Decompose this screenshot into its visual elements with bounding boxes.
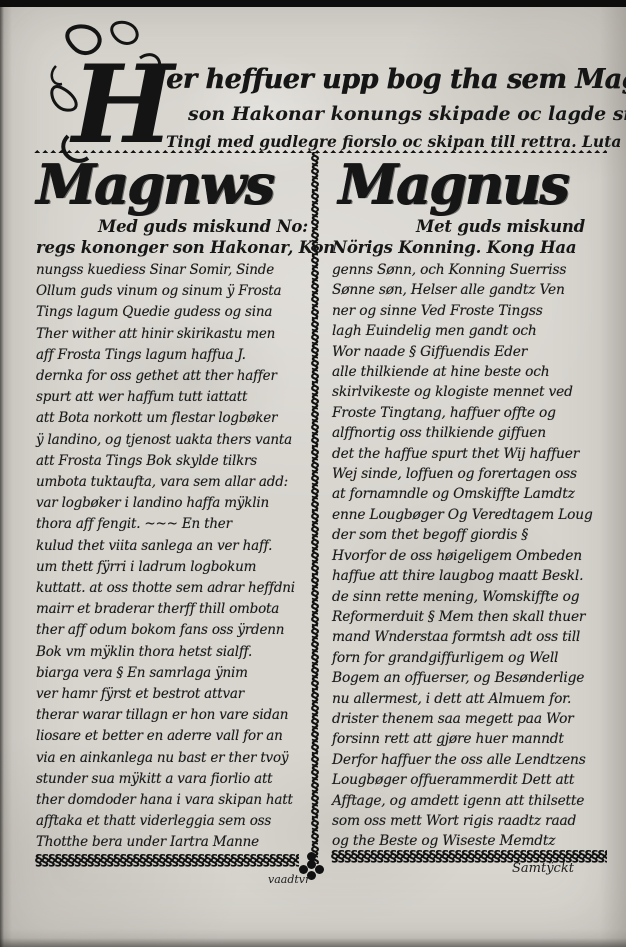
manuscript-text-line: Ther wither att hinir skirikastu men — [36, 324, 302, 345]
catchword-left: vaadtvr — [268, 873, 310, 886]
manuscript-text-line: via en ainkanlega nu bast er ther tvoÿ — [36, 748, 302, 769]
manuscript-text-line: spurt att wer haffum tutt iattatt — [36, 387, 302, 408]
left-column-body: nungss kuediess Sinar Somir, SindeOllum … — [36, 260, 302, 854]
manuscript-text-line: drister thenem saa megett paa Wor — [332, 709, 608, 729]
photo-edge-top — [0, 0, 626, 7]
manuscript-text-line: liosare et better en aderre vall for an — [36, 726, 302, 747]
manuscript-text-line: Wej sinde, loffuen og forertagen oss — [332, 464, 608, 484]
manuscript-text-line: um thett fÿrri i ladrum logbokum — [36, 557, 302, 578]
left-column-heading: Magnws — [36, 152, 302, 216]
manuscript-text-line: kulud thet viita sanlega an ver haff. — [36, 536, 302, 557]
anno-label: Anno — [621, 132, 626, 151]
manuscript-text-line: der som thet begoff giordis § — [332, 525, 608, 545]
header-title-line1: er heffuer upp bog tha sem Magnus konong… — [166, 60, 612, 100]
manuscript-text-line: aff Frosta Tings lagum haffua J. — [36, 345, 302, 366]
photo-edge-left — [0, 7, 4, 947]
manuscript-text-line: enne Lougbøger Og Veredtagem Loug — [332, 505, 608, 525]
manuscript-text-line: de sinn rette mening, Womskiffte og — [332, 587, 608, 607]
manuscript-text-line: alle thilkiende at hine beste och — [332, 362, 608, 382]
manuscript-text-line: skirlvikeste og klogiste mennet ved — [332, 382, 608, 402]
manuscript-text-line: Ollum guds vinum og sinum ÿ Frosta — [36, 281, 302, 302]
manuscript-text-line: mand Wnderstaa formtsh adt oss till — [332, 627, 608, 647]
manuscript-text-line: Froste Tingtang, haffuer offte og — [332, 403, 608, 423]
right-column-body: genns Sønn, och Konning SuerrissSønne sø… — [332, 260, 608, 852]
manuscript-text-line: Sønne søn, Helser alle gandtz Ven — [332, 280, 608, 300]
lead-line: Met guds miskund — [332, 216, 608, 237]
right-column: Magnus Met guds miskund Nörigs Konning. … — [332, 152, 608, 852]
manuscript-text-line: var logbøker i landino haffa mÿklin — [36, 493, 302, 514]
left-column: Magnws Med guds miskund No: regs kononge… — [36, 152, 302, 854]
lead-line: Med guds miskund No: — [36, 216, 302, 237]
manuscript-text-line: Bogem an offuerser, og Besønderlige — [332, 668, 608, 688]
left-column-lead: Med guds miskund No: regs kononger son H… — [36, 216, 302, 258]
quatrefoil-ornament — [307, 860, 316, 869]
manuscript-text-line: Bok vm mÿklin thora hetst sialff. — [36, 642, 302, 663]
catchword-right: Samtÿckt — [512, 861, 574, 876]
manuscript-text-line: thora aff fengit. ~~~ En ther — [36, 514, 302, 535]
manuscript-text-line: therar warar tillagn er hon vare sidan — [36, 705, 302, 726]
header-title-block: er heffuer upp bog tha sem Magnus konong… — [166, 60, 612, 154]
lead-line: Nörigs Konning. Kong Haa — [332, 237, 608, 258]
manuscript-text-line: som oss mett Wort rigis raadtz raad — [332, 811, 608, 831]
manuscript-text-line: ther aff odum bokom fans oss ÿrdenn — [36, 620, 302, 641]
manuscript-text-line: Hvorfor de oss høigeligem Ombeden — [332, 546, 608, 566]
manuscript-text-line: lagh Euindelig men gandt och — [332, 321, 608, 341]
right-column-lead: Met guds miskund Nörigs Konning. Kong Ha… — [332, 216, 608, 258]
manuscript-text-line: og the Beste og Wiseste Memdtz — [332, 831, 608, 851]
manuscript-text-line: stunder sua mÿkitt a vara fiorlio att — [36, 769, 302, 790]
manuscript-text-line: ther domdoder hana i vara skipan hatt — [36, 790, 302, 811]
manuscript-text-line: ver hamr fÿrst et bestrot attvar — [36, 684, 302, 705]
header-title-line2: son Hakonar konungs skipade oc lagde sid… — [166, 100, 612, 129]
rope-border-bottom-left: §§§§§§§§§§§§§§§§§§§§§§§§§§§§§§§§§§§§§§§§… — [35, 853, 299, 869]
manuscript-text-line: Lougbøger offuerammerdit Dett att — [332, 770, 608, 790]
manuscript-text-line: kuttatt. at oss thotte sem adrar heffdni — [36, 578, 302, 599]
manuscript-text-line: ner og sinne Ved Froste Tingss — [332, 301, 608, 321]
manuscript-text-line: at fornamndle og Omskiffte Lamdtz — [332, 484, 608, 504]
manuscript-text-line: Wor naade § Giffuendis Eder — [332, 342, 608, 362]
lead-line: regs kononger son Hakonar, Kon — [36, 237, 302, 258]
manuscript-text-line: genns Sønn, och Konning Suerriss — [332, 260, 608, 280]
manuscript-text-line: ÿ landino, og tjenost uakta thers vanta — [36, 430, 302, 451]
manuscript-text-line: Tings lagum Quedie gudess og sina — [36, 302, 302, 323]
photo-edge-bottom — [0, 938, 626, 947]
manuscript-text-line: dernka for oss gethet att ther haffer — [36, 366, 302, 387]
rope-border-column-divider: § § § § § § § § § § § § § § § § § § § § … — [304, 152, 326, 864]
manuscript-text-line: nu allermest, i dett att Almuem for. — [332, 689, 608, 709]
manuscript-text-line: mairr et braderar therff thill ombota — [36, 599, 302, 620]
manuscript-text-line: afftaka et thatt viderleggia sem oss — [36, 811, 302, 832]
manuscript-text-line: forsinn rett att gjøre huer manndt — [332, 729, 608, 749]
manuscript-text-line: umbota tuktaufta, vara sem allar add: — [36, 472, 302, 493]
manuscript-text-line: forn for grandgiffurligem og Well — [332, 648, 608, 668]
manuscript-text-line: nungss kuediess Sinar Somir, Sinde — [36, 260, 302, 281]
manuscript-text-line: haffue att thire laugbog maatt Beskl. — [332, 566, 608, 586]
right-column-heading: Magnus — [332, 152, 608, 216]
manuscript-text-line: biarga vera § En samrlaga ÿnim — [36, 663, 302, 684]
manuscript-text-line: att Bota norkott um flestar logbøker — [36, 408, 302, 429]
manuscript-text-line: Afftage, og amdett igenn att thilsette — [332, 791, 608, 811]
manuscript-text-line: Reformerduit § Mem then skall thuer — [332, 607, 608, 627]
manuscript-text-line: alffnortig oss thilkiende giffuen — [332, 423, 608, 443]
manuscript-text-line: det the haffue spurt thet Wij haffuer — [332, 444, 608, 464]
manuscript-text-line: Derfor haffuer the oss alle Lendtzens — [332, 750, 608, 770]
manuscript-text-line: Thotthe bera under Iartra Manne — [36, 832, 302, 853]
manuscript-text-line: att Frosta Tings Bok skylde tilkrs — [36, 451, 302, 472]
